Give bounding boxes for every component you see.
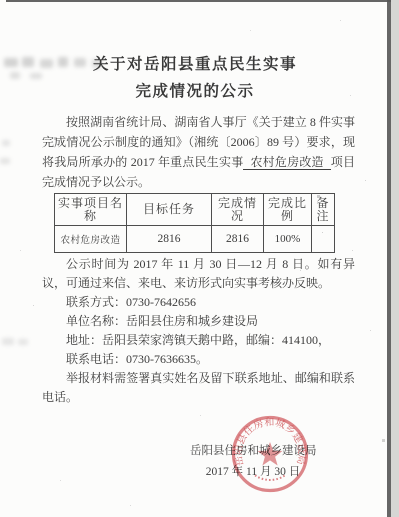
scan-noise-speckles [0, 0, 1, 1]
title-line-2: 完成情况的公示 [30, 78, 360, 105]
col-header-remark: 备注 [312, 194, 335, 226]
cell-completed: 2816 [212, 226, 264, 253]
scan-edge-top [6, 0, 399, 2]
cell-project-name: 农村危房改造 [55, 226, 127, 253]
cell-ratio: 100% [264, 226, 312, 253]
notice-unit-name: 单位名称：岳阳县住房和城乡建设局 [42, 312, 355, 331]
cell-target: 2816 [127, 226, 212, 253]
table-row: 农村危房改造 2816 2816 100% [55, 226, 335, 253]
ink-bleed-smudge [2, 338, 14, 345]
ink-bleed-smudge [4, 58, 18, 67]
notice-address: 地址：岳阳县荣家湾镇天鹅中路，邮编：414100， [42, 331, 355, 350]
completion-table: 实事项目名称 目标任务 完成情况 完成比例 备注 农村危房改造 2816 281… [54, 193, 335, 253]
ink-bleed-smudge [10, 72, 20, 79]
document-title: 关于对岳阳县重点民生实事 完成情况的公示 [30, 51, 360, 105]
notice-contact-method: 联系方式：0730-7642656 [42, 293, 355, 312]
scanned-document-page: 关于对岳阳县重点民生实事 完成情况的公示 按照湖南省统计局、湖南省人事厅《关于建… [0, 0, 399, 517]
seal-star-icon [258, 442, 283, 466]
col-header-completed: 完成情况 [212, 194, 264, 226]
notice-block: 公示时间为 2017 年 11 月 30 日—12 月 8 日。如有异议，可通过… [42, 255, 355, 407]
col-header-target: 目标任务 [127, 194, 212, 226]
seal-serial-micro-marks [255, 475, 285, 480]
notice-phone: 联系电话：0730-7636635。 [42, 350, 355, 369]
intro-paragraph: 按照湖南省统计局、湖南省人事厅《关于建立 8 件实事完成情况公示制度的通知》（湘… [42, 112, 355, 192]
col-header-project: 实事项目名称 [55, 194, 127, 226]
ink-bleed-smudge [18, 339, 28, 345]
ink-bleed-smudge [2, 140, 10, 146]
scan-edge-right-shadow [391, 0, 399, 517]
title-line-1: 关于对岳阳县重点民生实事 [30, 51, 360, 78]
project-name-underlined: 农村危房改造 [243, 155, 330, 170]
notice-period: 公示时间为 2017 年 11 月 30 日—12 月 8 日。如有异议，可通过… [42, 255, 355, 293]
col-header-ratio: 完成比例 [264, 194, 312, 226]
official-seal: 岳阳县住房和城乡建设局 [222, 406, 318, 502]
ink-bleed-smudge [0, 158, 10, 164]
cell-remark [312, 226, 335, 253]
table-header-row: 实事项目名称 目标任务 完成情况 完成比例 备注 [55, 194, 335, 226]
notice-report-note: 举报材料需签署真实姓名及留下联系地址、邮编和联系电话。 [42, 369, 355, 407]
